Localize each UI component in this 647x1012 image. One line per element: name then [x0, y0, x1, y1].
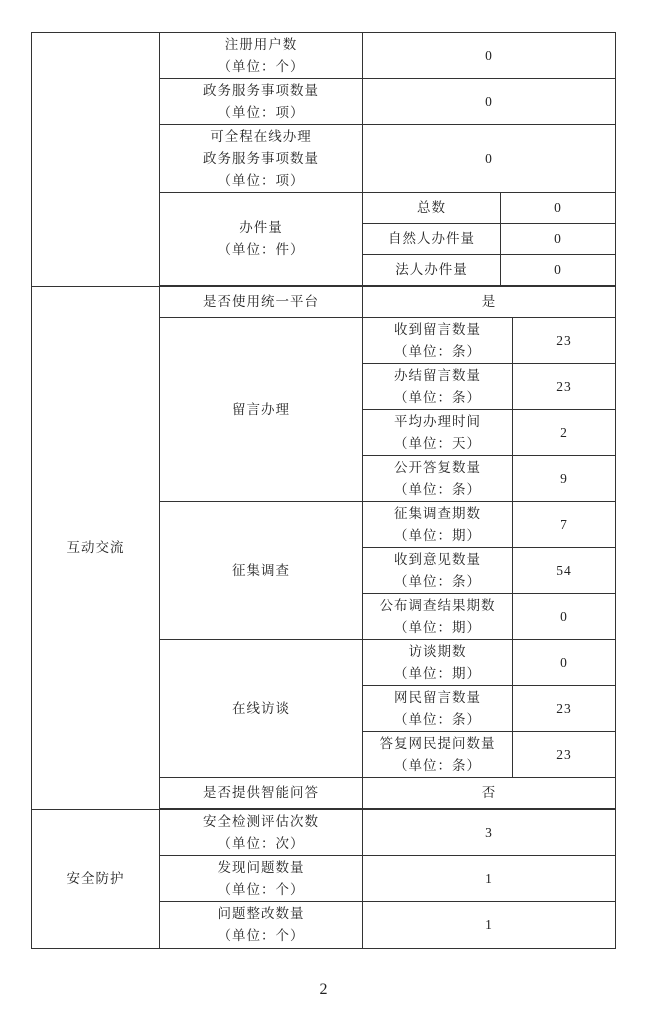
sub-value: 7: [513, 502, 616, 548]
sub-value: 23: [513, 686, 616, 732]
sub-label-cases-legal: 法人办件量: [363, 255, 501, 286]
row-label: 安全检测评估次数 （单位：次）: [160, 810, 363, 856]
value-cases-total: 0: [501, 193, 616, 224]
sub-label: 收到留言数量 （单位：条）: [363, 318, 513, 364]
value-online-items: 0: [363, 125, 616, 193]
sub-label: 公开答复数量 （单位：条）: [363, 456, 513, 502]
sub-value: 23: [513, 364, 616, 410]
sub-value: 23: [513, 732, 616, 778]
sub-label-cases-total: 总数: [363, 193, 501, 224]
table-row: 注册用户数 （单位：个） 0: [32, 33, 616, 79]
group-label-messages: 留言办理: [160, 318, 363, 502]
sub-value: 54: [513, 548, 616, 594]
table-row: 安全防护 安全检测评估次数 （单位：次） 3: [32, 810, 616, 856]
sub-label-cases-natural: 自然人办件量: [363, 224, 501, 255]
section-label-interaction: 互动交流: [32, 287, 160, 810]
row-label: 问题整改数量 （单位：个）: [160, 902, 363, 949]
row-label-online-items: 可全程在线办理 政务服务事项数量 （单位：项）: [160, 125, 363, 193]
sub-label: 答复网民提问数量 （单位：条）: [363, 732, 513, 778]
section-label-security: 安全防护: [32, 810, 160, 949]
report-table: 注册用户数 （单位：个） 0 政务服务事项数量 （单位：项） 0 可全程在线办理…: [31, 32, 616, 949]
group-label-surveys: 征集调查: [160, 502, 363, 640]
value-unified-platform: 是: [363, 287, 616, 318]
row-value: 3: [363, 810, 616, 856]
row-label: 发现问题数量 （单位：个）: [160, 856, 363, 902]
sub-value: 0: [513, 640, 616, 686]
row-label-cases: 办件量 （单位：件）: [160, 193, 363, 286]
sub-value: 2: [513, 410, 616, 456]
value-cases-natural: 0: [501, 224, 616, 255]
sub-label: 访谈期数 （单位：期）: [363, 640, 513, 686]
value-registered-users: 0: [363, 33, 616, 79]
row-label-service-items: 政务服务事项数量 （单位：项）: [160, 79, 363, 125]
row-value: 1: [363, 856, 616, 902]
sub-label: 公布调查结果期数 （单位：期）: [363, 594, 513, 640]
sub-value: 9: [513, 456, 616, 502]
sub-value: 23: [513, 318, 616, 364]
row-label-unified-platform: 是否使用统一平台: [160, 287, 363, 318]
row-value: 1: [363, 902, 616, 949]
row-label-registered-users: 注册用户数 （单位：个）: [160, 33, 363, 79]
value-cases-legal: 0: [501, 255, 616, 286]
sub-label: 征集调查期数 （单位：期）: [363, 502, 513, 548]
sub-label: 平均办理时间 （单位：天）: [363, 410, 513, 456]
table-row: 互动交流 是否使用统一平台 是: [32, 287, 616, 318]
section-label-top: [32, 33, 160, 287]
sub-value: 0: [513, 594, 616, 640]
value-service-items: 0: [363, 79, 616, 125]
group-label-interviews: 在线访谈: [160, 640, 363, 778]
sub-label: 网民留言数量 （单位：条）: [363, 686, 513, 732]
row-label-smart-qa: 是否提供智能问答: [160, 778, 363, 809]
sub-label: 办结留言数量 （单位：条）: [363, 364, 513, 410]
page-number: 2: [0, 981, 647, 999]
sub-label: 收到意见数量 （单位：条）: [363, 548, 513, 594]
value-smart-qa: 否: [363, 778, 616, 809]
